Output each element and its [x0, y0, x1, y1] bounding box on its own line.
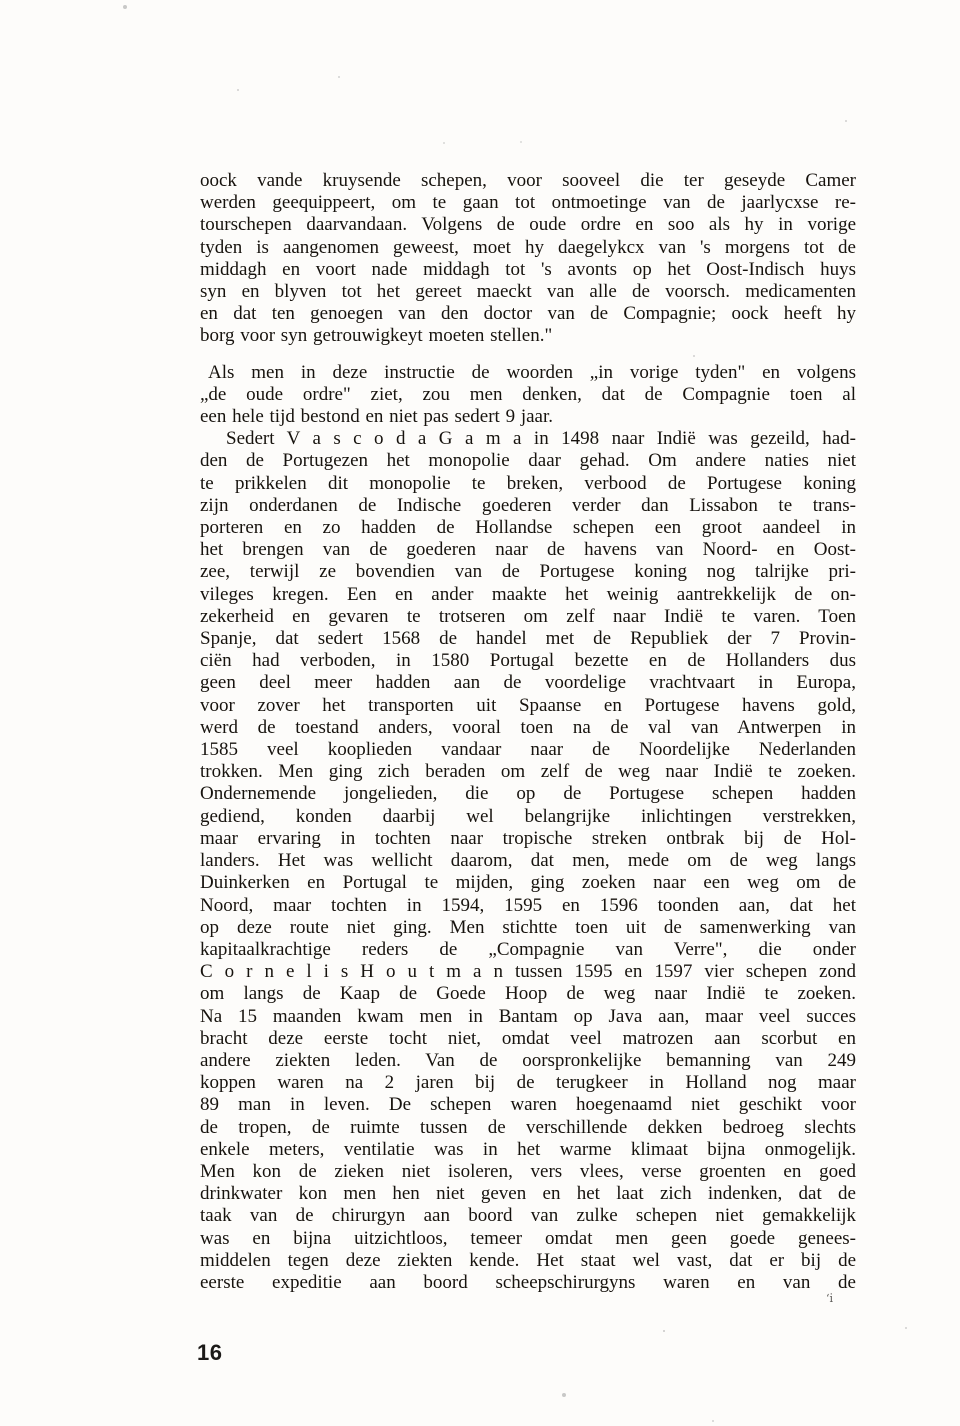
- text-line: Spanje, dat sedert 1568 de handel met de…: [200, 628, 856, 650]
- text-line: andere ziekten leden. Van de oorspronkel…: [200, 1050, 856, 1072]
- text-line: tourschepen daarvandaan. Volgens de oude…: [200, 214, 856, 236]
- text-line: was en bijna uitzichtloos, temeer omdat …: [200, 1228, 856, 1250]
- text-line: 1585 veel kooplieden vandaar naar de Noo…: [200, 739, 856, 761]
- text-line: porteren en zo hadden de Hollandse schep…: [200, 517, 856, 539]
- text-line: kapitaalkrachtige reders de „Compagnie v…: [200, 939, 856, 961]
- text-line: zee, terwijl ze bovendien van de Portuge…: [200, 561, 856, 583]
- text-line: tyden is aangenomen geweest, moet hy dae…: [200, 237, 856, 259]
- text-line: Als men in deze instructie de woorden „i…: [200, 362, 856, 384]
- text-line: enkele meters, ventilatie was in het war…: [200, 1139, 856, 1161]
- scanned-book-page: oock vande kruysende schepen, voor soove…: [0, 0, 960, 1426]
- text-line: ciën had verboden, in 1580 Portugal beze…: [200, 650, 856, 672]
- text-line: 89 man in leven. De schepen waren hoegen…: [200, 1094, 856, 1116]
- text-line: Men kon de zieken niet isoleren, vers vl…: [200, 1161, 856, 1183]
- text-line: een hele tijd bestond en niet pas sedert…: [200, 406, 856, 428]
- text-line: de tropen, de ruimte tussen de verschill…: [200, 1117, 856, 1139]
- text-line: Duinkerken en Portugal te mijden, ging z…: [200, 872, 856, 894]
- text-line: vileges kregen. Een en ander maakte het …: [200, 584, 856, 606]
- text-line: op deze route niet ging. Men stichtte to…: [200, 917, 856, 939]
- text-line: en dat ten genoegen van den doctor van d…: [200, 303, 856, 325]
- text-line: gediend, konden daarbij wel belangrijke …: [200, 806, 856, 828]
- text-line: bracht deze eerste tocht niet, omdat vee…: [200, 1028, 856, 1050]
- text-line: werd de toestand anders, vooral toen na …: [200, 717, 856, 739]
- text-line: trokken. Men ging zich beraden om zelf d…: [200, 761, 856, 783]
- text-line: Ondernemende jongelieden, die op de Port…: [200, 783, 856, 805]
- text-line: middagh en voort nade middagh tot 's avo…: [200, 259, 856, 281]
- text-line: syn en blyven tot het gereet maeckt van …: [200, 281, 856, 303]
- text-line: drinkwater kon men hen niet geven en het…: [200, 1183, 856, 1205]
- text-line: het brengen van de goederen naar de have…: [200, 539, 856, 561]
- text-line: te prikkelen dit monopolie te breken, ve…: [200, 473, 856, 495]
- text-line: koppen waren na 2 jaren bij de terugkeer…: [200, 1072, 856, 1094]
- text-line: landers. Het was wellicht daarom, dat me…: [200, 850, 856, 872]
- text-line: maar ervaring in tochten naar tropische …: [200, 828, 856, 850]
- text-line: middelen tegen deze ziekten kende. Het s…: [200, 1250, 856, 1272]
- text-line: den de Portugezen het monopolie daar geh…: [200, 450, 856, 472]
- text-line: geen deel meer hadden aan de voordelige …: [200, 672, 856, 694]
- text-line: taak van de chirurgyn aan boord van zulk…: [200, 1205, 856, 1227]
- paragraph: Sedert V a s c o d a G a m a in 1498 naa…: [200, 428, 856, 1294]
- text-line: Sedert V a s c o d a G a m a in 1498 naa…: [200, 428, 856, 450]
- text-line: zijn onderdanen de Indische goederen ver…: [200, 495, 856, 517]
- text-line: Na 15 maanden kwam men in Bantam op Java…: [200, 1006, 856, 1028]
- paragraph: oock vande kruysende schepen, voor soove…: [200, 170, 856, 348]
- text-line: „de oude ordre" ziet, zou men denken, da…: [200, 384, 856, 406]
- page-number: 16: [197, 1340, 222, 1366]
- ink-artifact: ʻı̇: [826, 1292, 833, 1305]
- text-line: borg voor syn getrouwigkeyt moeten stell…: [200, 325, 856, 347]
- text-line: eerste expeditie aan boord scheepschirur…: [200, 1272, 856, 1294]
- text-line: oock vande kruysende schepen, voor soove…: [200, 170, 856, 192]
- text-line: voor zover het transporten uit Spaanse e…: [200, 695, 856, 717]
- text-line: zekerheid en gevaren te trotseren om zel…: [200, 606, 856, 628]
- paragraph: Als men in deze instructie de woorden „i…: [200, 362, 856, 429]
- text-line: Noord, maar tochten in 1594, 1595 en 159…: [200, 895, 856, 917]
- text-line: werden geequippeert, om te gaan tot ontm…: [200, 192, 856, 214]
- page-text-block: oock vande kruysende schepen, voor soove…: [200, 170, 856, 1294]
- scan-specks: [0, 0, 2, 2]
- text-line: C o r n e l i s H o u t m a n tussen 159…: [200, 961, 856, 983]
- text-line: om langs de Kaap de Goede Hoop de weg na…: [200, 983, 856, 1005]
